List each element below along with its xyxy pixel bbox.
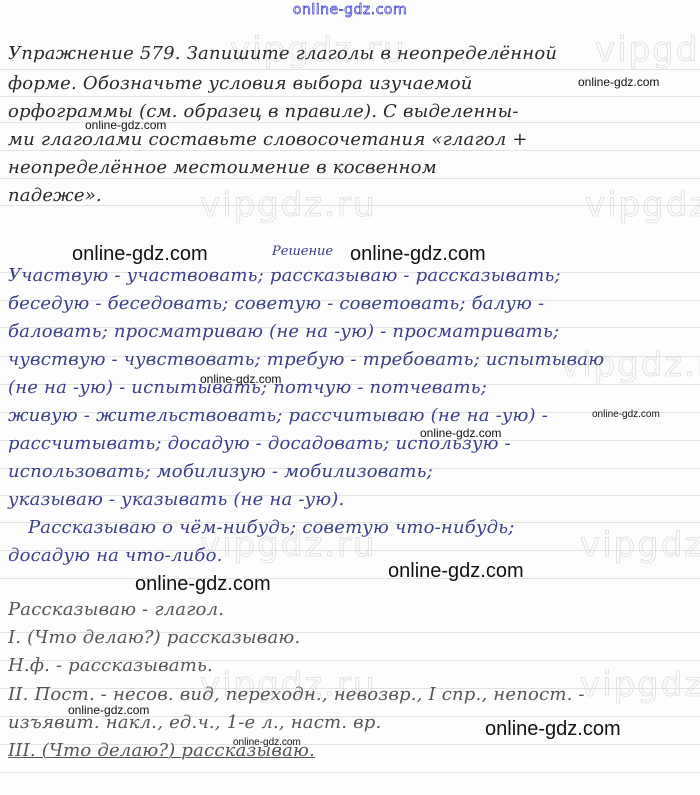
analysis-line: Н.ф. - рассказывать.	[8, 655, 213, 676]
solution-heading: Решение	[272, 244, 333, 259]
solution-line: живую - жительствовать; рассчитываю (не …	[8, 405, 548, 426]
task-line: неопределённое местоимение в косвенном	[8, 157, 437, 178]
task-line: форме. Обозначьте условия выбора изучаем…	[8, 73, 473, 94]
ruled-line	[0, 578, 700, 579]
background-watermark: vipgdz.ru	[580, 525, 700, 565]
overlay-watermark: online-gdz.com	[135, 573, 271, 596]
overlay-watermark: online-gdz.com	[420, 426, 501, 440]
overlay-watermark: online-gdz.com	[485, 718, 621, 741]
overlay-watermark: online-gdz.com	[85, 118, 166, 132]
task-line: Упражнение 579. Запишите глаголы в неопр…	[8, 43, 557, 64]
ruled-line	[0, 150, 700, 151]
ruled-line	[0, 96, 700, 97]
analysis-line: II. Пост. - несов. вид, переходн., невоз…	[8, 684, 585, 705]
overlay-watermark: online-gdz.com	[72, 243, 208, 266]
analysis-line: I. (Что делаю?) рассказываю.	[8, 627, 300, 648]
solution-line: использовать; мобилизую - мобилизовать;	[8, 461, 433, 482]
overlay-watermark: online-gdz.com	[578, 75, 659, 89]
overlay-watermark: online-gdz.com	[388, 560, 524, 583]
background-watermark: vipgdz.ru	[595, 30, 700, 70]
overlay-watermark: online-gdz.com	[592, 409, 660, 420]
solution-line: чувствую - чувствовать; требую - требова…	[8, 349, 604, 370]
analysis-line: изъявит. накл., ед.ч., 1-е л., наст. вр.	[8, 712, 381, 733]
overlay-watermark: online-gdz.com	[350, 243, 486, 266]
solution-line: беседую - беседовать; советую - советова…	[8, 293, 544, 314]
overlay-watermark: online-gdz.com	[68, 703, 149, 717]
task-line: ми глаголами составьте словосочетания «г…	[8, 129, 528, 150]
solution-line: Участвую - участвовать; рассказываю - ра…	[8, 265, 561, 286]
worksheet-page: vipgdz.ru vipgdz.ru vipgdz.ru vipgdz.ru …	[0, 0, 700, 795]
task-line: падеже».	[8, 185, 102, 206]
overlay-watermark: online-gdz.com	[233, 737, 301, 748]
solution-line: досадую на что-либо.	[8, 545, 223, 566]
site-header: online-gdz.com	[0, 2, 700, 18]
analysis-line: Рассказываю - глагол.	[8, 599, 224, 620]
ruled-line	[0, 178, 700, 179]
solution-line: указываю - указывать (не на -ую).	[8, 489, 344, 510]
background-watermark: vipgdz.ru	[580, 665, 700, 705]
solution-line: баловать; просматриваю (не на -ую) - про…	[8, 321, 559, 342]
ruled-line	[0, 772, 700, 773]
background-watermark: vipgdz.ru	[585, 185, 700, 225]
overlay-watermark: online-gdz.com	[200, 372, 281, 386]
background-watermark: vipgdz.ru	[200, 185, 377, 225]
solution-line: Рассказываю о чём-нибудь; советую что-ни…	[28, 517, 514, 538]
